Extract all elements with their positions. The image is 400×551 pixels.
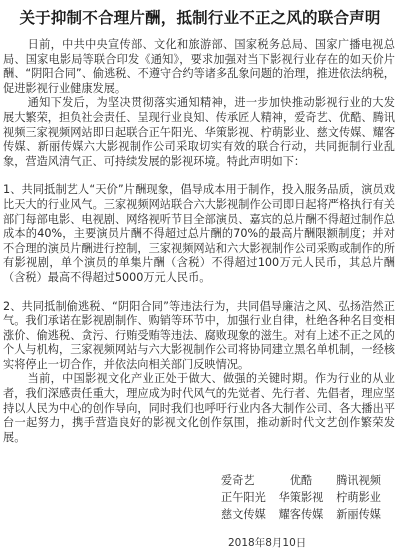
spacer — [3, 169, 395, 183]
signatory: 新丽传媒 — [328, 506, 381, 523]
signatory: 腾讯视频 — [328, 472, 381, 489]
signatory-row: 正午阳光 华策影视 柠萌影业 — [221, 489, 381, 506]
signatory: 爱奇艺 — [221, 472, 274, 489]
paragraph-context: 通知下发后，为坚决贯彻落实通知精神，进一步加快推动影视行业的大发展大繁荣，担负社… — [3, 96, 395, 169]
paragraph-point-2: 2、共同抵制偷逃税、“阴阳合同”等违法行为，共同倡导廉洁之风、弘扬浩然正气。我们… — [3, 300, 395, 373]
signatory-row: 慈文传媒 耀客传媒 新丽传媒 — [221, 506, 381, 523]
document-date: 2018年8月10日 — [228, 535, 306, 550]
signatory: 华策影视 — [274, 489, 329, 506]
signatory: 正午阳光 — [221, 489, 274, 506]
signatory: 优酷 — [274, 472, 329, 489]
paragraph-point-1: 1、共同抵制艺人“天价”片酬现象，倡导成本用于制作，投入服务品质，演员戏比天大的… — [3, 183, 395, 285]
signatories-block: 爱奇艺 优酷 腾讯视频 正午阳光 华策影视 柠萌影业 慈文传媒 耀客传媒 新丽传… — [221, 472, 381, 523]
signatory: 慈文传媒 — [221, 506, 274, 523]
document-title: 关于抑制不合理片酬，抵制行业不正之风的联合声明 — [0, 6, 400, 28]
signatory: 柠萌影业 — [328, 489, 381, 506]
signatory-row: 爱奇艺 优酷 腾讯视频 — [221, 472, 381, 489]
document-body: 日前，中共中央宣传部、文化和旅游部、国家税务总局、国家广播电视总局、国家电影局等… — [3, 38, 395, 445]
paragraph-closing: 当前，中国影视文化产业正处于做大、做强的关键时期。作为行业的从业者，我们深感责任… — [3, 372, 395, 445]
paragraph-intro: 日前，中共中央宣传部、文化和旅游部、国家税务总局、国家广播电视总局、国家电影局等… — [3, 38, 395, 96]
signatory: 耀客传媒 — [274, 506, 329, 523]
spacer — [3, 286, 395, 300]
